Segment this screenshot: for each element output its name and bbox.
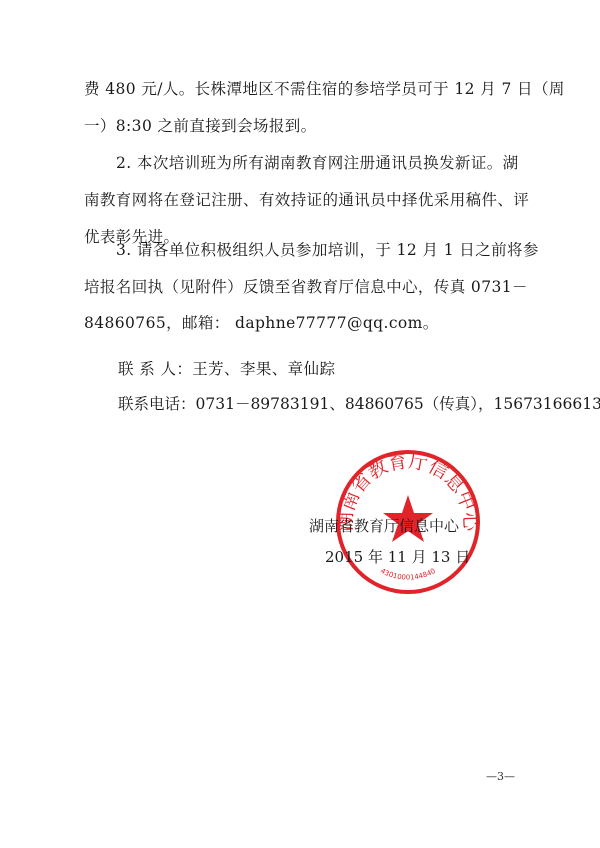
page-number: —3— <box>486 770 515 783</box>
contact-people: 联 系 人：王芳、李果、章仙踪 <box>118 357 335 379</box>
signature-org: 湖南省教育厅信息中心 <box>309 515 459 536</box>
paragraph-line: 一）8:30 之前直接到会场报到。 <box>84 114 317 136</box>
item-3-line: 培报名回执（见附件）反馈至省教育厅信息中心，传真 0731－ <box>84 275 528 297</box>
contact-phone: 联系电话：0731－89783191、84860765（传真），15673166… <box>118 392 600 414</box>
svg-text:4301000144840: 4301000144840 <box>379 567 437 582</box>
item-3-line: 84860765，邮箱： daphne77777@qq.com。 <box>84 311 439 333</box>
item-2-line: 2. 本次培训班为所有湖南教育网注册通讯员换发新证。湖 <box>116 151 519 173</box>
item-3-line: 3. 请各单位积极组织人员参加培训，于 12 月 1 日之前将参 <box>116 238 539 260</box>
signature-date: 2015 年 11 月 13 日 <box>325 546 470 567</box>
paragraph-line: 费 480 元/人。长株潭地区不需住宿的参培学员可于 12 月 7 日（周 <box>84 77 565 99</box>
item-2-line: 南教育网将在登记注册、有效持证的通讯员中择优采用稿件、评 <box>84 188 529 210</box>
